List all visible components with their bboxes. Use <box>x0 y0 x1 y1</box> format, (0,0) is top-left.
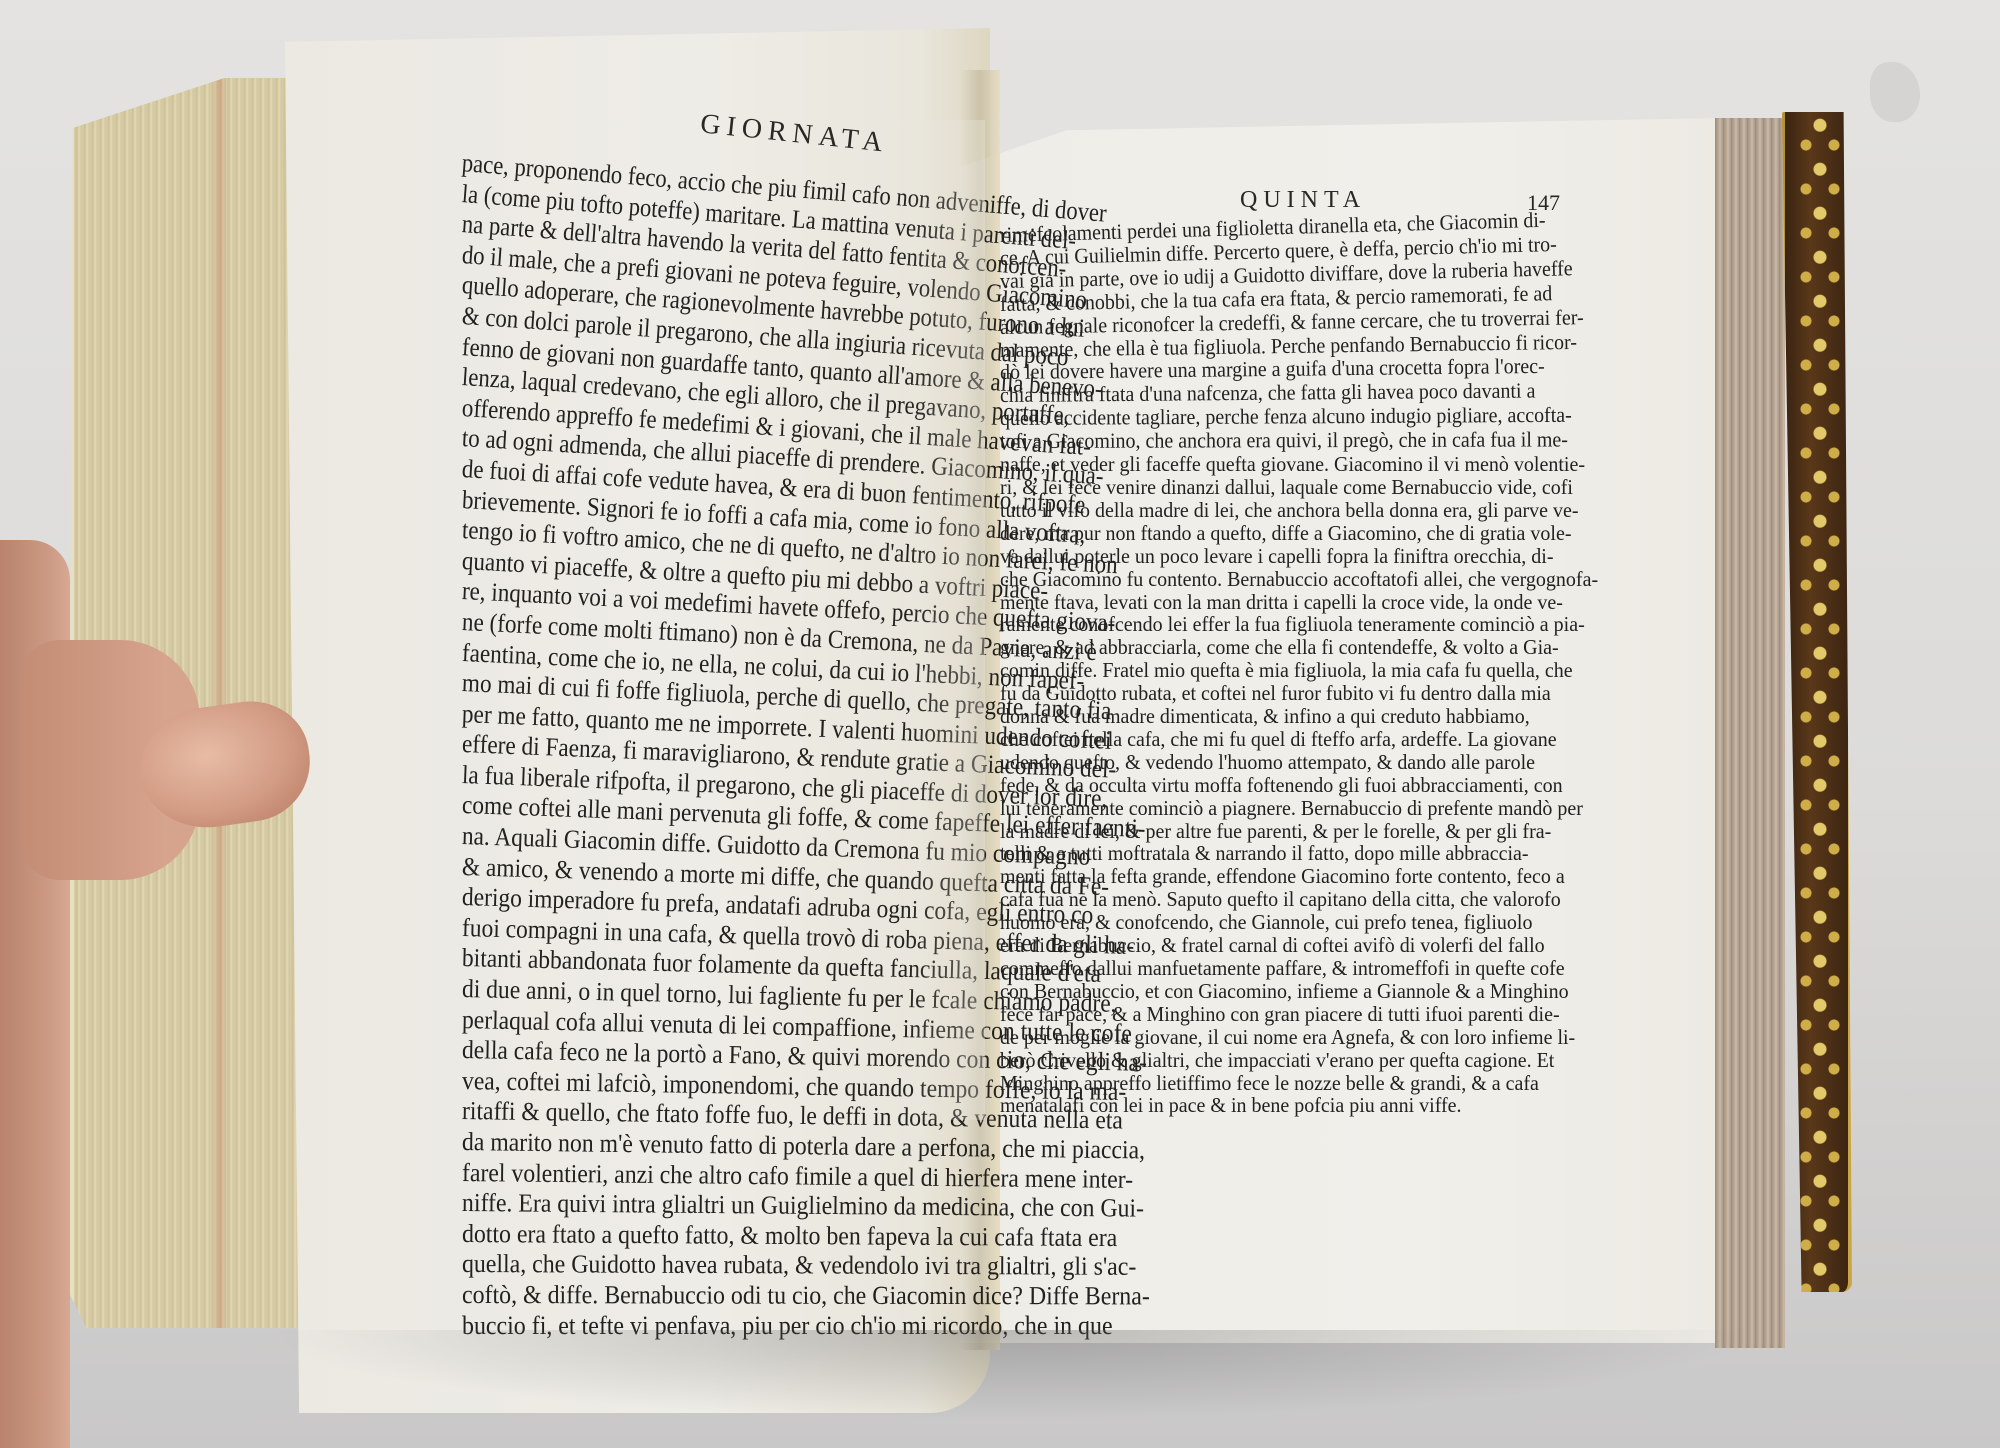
text-line: mente ftava, levati con la man dritta i … <box>1000 591 1598 614</box>
text-line: huomo era, & conofcendo, che Giannole, c… <box>1000 911 1598 934</box>
text-line: ri, & lei fece venire dinanzi dallui, la… <box>1000 476 1598 499</box>
text-line: telli & a tutti moftratala & narrando il… <box>1000 842 1598 865</box>
text-line: che Giacomino fu contento. Bernabuccio a… <box>1000 568 1598 591</box>
text-line: dere, ma pur non ftando a quefto, diffe … <box>1000 522 1598 545</box>
text-line: tofi a Giacomino, che anchora era quivi,… <box>1000 428 1598 453</box>
text-line: tutto il vifo della madre di lei, che an… <box>1000 499 1598 522</box>
text-line: commeffo dallui manfuetamente paffare, &… <box>1000 957 1598 980</box>
right-page-text: rimefcolamenti perdei una figlioletta di… <box>1000 224 1643 1117</box>
text-line: donna & fua madre dimenticata, & infino … <box>1000 705 1598 728</box>
text-line: era di Bernabuccio, & fratel carnal di c… <box>1000 934 1598 957</box>
text-line: gnere, & ad abbracciarla, come che ella … <box>1000 636 1598 659</box>
text-line: naffe, et veder gli faceffe quefta giova… <box>1000 453 1598 476</box>
book-shadow <box>260 1330 1760 1420</box>
photo-scene: GIORNATA QUINTA 147 pace, proponendo fec… <box>0 0 2000 1448</box>
text-line: con Bernabuccio, et con Giacomino, infie… <box>1000 980 1598 1003</box>
right-page-block-edge <box>1715 118 1785 1348</box>
text-line: va dallui poterle un poco levare i capel… <box>1000 545 1598 568</box>
text-line: cafa fua ne la menò. Saputo quefto il ca… <box>1000 888 1598 911</box>
text-line: la madre di lei, & per altre fue parenti… <box>1000 820 1598 843</box>
text-line: ramente conofcendo lei effer la fua figl… <box>1000 613 1598 636</box>
text-line: menatalafi con lei in pace & in bene pof… <box>1000 1094 1598 1117</box>
text-line: udendo quefto, & vedendo l'huomo attempa… <box>1000 751 1598 774</box>
text-line: fu da Guidotto rubata, et coftei nel fur… <box>1000 682 1598 705</box>
text-line: berò Crivello & glialtri, che impacciati… <box>1000 1049 1598 1072</box>
text-line: fede, & da occulta virtu moffa foftenend… <box>1000 774 1598 797</box>
wall-stain <box>1870 62 1920 122</box>
text-line: fece far pace, & a Minghino con gran pia… <box>1000 1003 1598 1026</box>
text-line: menti fatta la fefta grande, effendone G… <box>1000 865 1598 888</box>
text-line: comin diffe. Fratel mio quefta è mia fig… <box>1000 659 1598 682</box>
text-line: Minghino appreffo lietiffimo fece le noz… <box>1000 1072 1598 1095</box>
text-line: quello accidente tagliare, perche fenza … <box>1000 404 1598 430</box>
text-line: lui teneramente cominciò a piagnere. Ber… <box>1000 797 1598 820</box>
text-line: che coftei nella cafa, che mi fu quel di… <box>1000 728 1598 751</box>
text-line: quella, che Guidotto havea rubata, & ved… <box>462 1249 1160 1283</box>
text-line: coftò, & diffe. Bernabuccio odi tu cio, … <box>462 1280 1162 1312</box>
right-running-head: QUINTA <box>1240 187 1366 214</box>
text-line: de per moglie la giovane, il cui nome er… <box>1000 1026 1598 1049</box>
gilt-tooled-cover-edge <box>1782 112 1852 1292</box>
